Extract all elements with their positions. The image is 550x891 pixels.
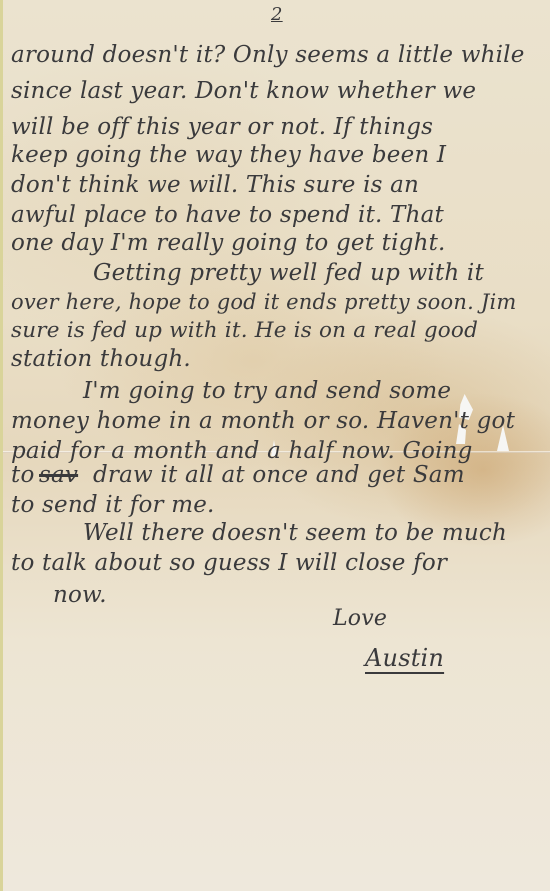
letter-line: sure is fed up with it. He is on a real … [11, 320, 478, 342]
struck-out-word: sav [39, 464, 78, 487]
letter-line: will be off this year or not. If things [11, 116, 433, 139]
letter-line: paid for a month and a half now. Going [11, 440, 473, 463]
letter-line: Well there doesn't seem to be much [83, 522, 507, 545]
page-number: 2 [271, 6, 283, 24]
letter-line: over here, hope to god it ends pretty so… [11, 292, 516, 313]
letter-line: now. [53, 584, 107, 607]
letter-line: I'm going to try and send some [83, 380, 451, 403]
letter-line: Getting pretty well fed up with it [93, 262, 484, 285]
letter-line: since last year. Don't know whether we [11, 80, 476, 103]
letter-line: to send it for me. [11, 494, 215, 517]
letter-line: don't think we will. This sure is an [11, 174, 419, 197]
letter-line: station though. [11, 348, 191, 371]
letter-line: draw it all at once and get Sam [93, 464, 465, 487]
letter-line: one day I'm really going to get tight. [11, 232, 446, 255]
letter-closing: Love [333, 608, 387, 630]
letter-line: keep going the way they have been I [11, 144, 446, 167]
signature: Austin [365, 646, 444, 670]
letter-line: money home in a month or so. Haven't got [11, 410, 515, 433]
letter-line: around doesn't it? Only seems a little w… [11, 44, 525, 67]
letter-line: awful place to have to spend it. That [11, 204, 444, 227]
letter-line: to talk about so guess I will close for [11, 552, 447, 575]
letter-line: to [11, 464, 35, 487]
letter-page: 2 around doesn't it? Only seems a little… [0, 0, 550, 891]
